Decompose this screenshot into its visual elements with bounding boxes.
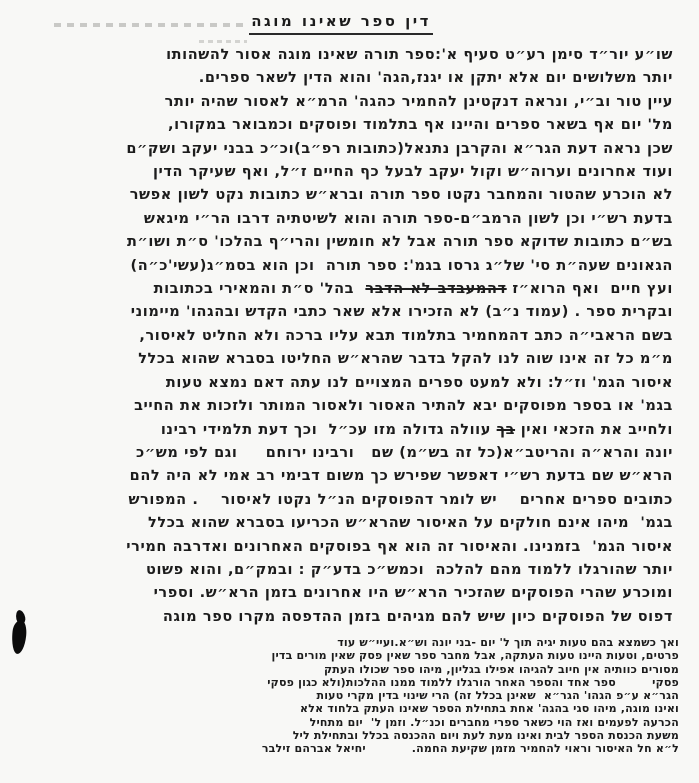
- text-line: בגמ' או בספר מפוסקים יבא להתיר האסור ולא…: [20, 395, 673, 418]
- text-segment: בדעת רש״י וכן לשון הרמב״ם-ספר תורה והוא …: [144, 211, 673, 227]
- text-segment: מסורים כוותיה אין חיוב להגיהו אפילו בגלי…: [324, 663, 679, 676]
- text-segment: בשם הראבי״ה כתב דהמחמיר בתלמוד תבא עליו …: [139, 328, 673, 344]
- text-segment: שכן נראה דעת הגר״א והקרבן נתנאל(כתובות ר…: [126, 141, 673, 157]
- text-segment: בגמ' או בספר מפוסקים יבא להתיר האסור ולא…: [134, 398, 673, 414]
- text-line: מ״מ כל זה אינו שוה לנו להקל בדבר שהרא״ש …: [20, 348, 673, 371]
- text-segment: מ״מ כל זה אינו שוה לנו להקל בדבר שהרא״ש …: [138, 351, 673, 367]
- text-segment: פסקי ספר אחד והספר האחר הורגלו ללמוד ממנ…: [267, 676, 679, 689]
- text-segment: מל' יום אף בשאר ספרים והיינו אף בתלמוד ו…: [168, 117, 673, 133]
- text-line: ובקרית ספר . (עמוד נ״ב) לא הזכירו אלא שא…: [20, 301, 673, 324]
- text-line: כתובים ספרים אחרים יש לומר דהפוסקים הנ״ל…: [20, 489, 673, 512]
- text-line: הגאונים שעה״ת סי' של״ג גרסו בגמ': ספר תו…: [20, 255, 673, 278]
- text-line: פסקי ספר אחד והספר האחר הורגלו ללמוד ממנ…: [6, 676, 679, 689]
- text-segment: ובקרית ספר . (עמוד נ״ב) לא הזכירו אלא שא…: [131, 304, 673, 320]
- text-segment: פרטים, וטעות היינו טעות העתקה, אבל מחבר …: [272, 649, 679, 662]
- text-line: עיין טור וב״י, ונראה דנקטינן להחמיר כהגה…: [20, 91, 673, 114]
- text-segment: ועוד אחרונים וערוה״ש וקול יעקב לבעל כף ה…: [153, 164, 673, 180]
- text-line: יותר שהורגלו ללמוד מהם להלכה וכמש״כ בדע״…: [20, 559, 673, 582]
- text-segment: יותר משלושים יום אלא יתקן או יגנז,הגה' ו…: [199, 70, 673, 86]
- text-segment: בהל' ס״ת והמאירי בכתובות: [154, 281, 366, 297]
- text-line: ל״א חל האיסור וראוי להחמיר מזמן שקיעת הח…: [6, 742, 679, 755]
- text-segment: שו״ע יור״ד סימן רע״ט סעיף א':ספר תורה שא…: [166, 47, 673, 63]
- text-line: מסורים כוותיה אין חיוב להגיהו אפילו בגלי…: [6, 663, 679, 676]
- text-line: יותר משלושים יום אלא יתקן או יגנז,הגה' ו…: [20, 67, 673, 90]
- text-line: יונה והרא״ה והריטב״א(כל זה בש״מ) שם ורבי…: [20, 442, 673, 465]
- text-line: שכן נראה דעת הגר״א והקרבן נתנאל(כתובות ר…: [20, 138, 673, 161]
- signature: יחיאל אברהם זילבר: [262, 742, 366, 755]
- text-segment: איסור הגמ' וז״ל: ולא למעט ספרים המצויים …: [166, 375, 673, 391]
- document-page: דין ספר שאינו מוגה שו״ע יור״ד סימן רע״ט …: [0, 0, 699, 783]
- text-segment: עיין טור וב״י, ונראה דנקטינן להחמיר כהגה…: [165, 94, 673, 110]
- text-segment: ואינו מוגה, מיהו סגי בהגה' אחת בתחילת הס…: [300, 702, 679, 715]
- text-segment: ל״א חל האיסור וראוי להחמיר מזמן שקיעת הח…: [412, 742, 679, 755]
- text-line: ואינו מוגה, מיהו סגי בהגה' אחת בתחילת הס…: [6, 702, 679, 715]
- text-line: ולחייב את הזכאי ואין בך עוולה גדולה מזו …: [20, 419, 673, 442]
- text-line: ועוד אחרונים וערוה״ש וקול יעקב לבעל כף ה…: [20, 161, 673, 184]
- text-segment: הכרעה לפעמים ואז הוי כשאר ספרי מחברים וכ…: [310, 716, 679, 729]
- text-segment: בש״ם כתובות שדוקא ספר תורה אבל לא חומשין…: [127, 234, 673, 250]
- text-line: בשם הראבי״ה כתב דהמחמיר בתלמוד תבא עליו …: [20, 325, 673, 348]
- text-segment: ומוכרע שהרי הפוסקים שהזכיר הרא״ש היו אחר…: [154, 585, 673, 601]
- text-segment: הרא״ש שם בדעת רש״י דאפשר שפירש כך משום ד…: [130, 468, 673, 484]
- main-text-block: שו״ע יור״ד סימן רע״ט סעיף א':ספר תורה שא…: [20, 44, 673, 629]
- text-segment: יותר שהורגלו ללמוד מהם להלכה וכמש״כ בדע״…: [146, 562, 673, 578]
- text-segment: הגאונים שעה״ת סי' של״ג גרסו בגמ': ספר תו…: [131, 258, 673, 274]
- text-line: איסור הגמ' בזמנינו. והאיסור זה הוא אף בפ…: [20, 536, 673, 559]
- text-line: בש״ם כתובות שדוקא ספר תורה אבל לא חומשין…: [20, 231, 673, 254]
- footnote-text-block: ואך כשמצא בהם טעות יגיה תוך ל' יום -בני …: [6, 636, 679, 756]
- text-segment: איסור הגמ' בזמנינו. והאיסור זה הוא אף בפ…: [126, 539, 673, 555]
- text-segment: משעת הכנסת הספר לבית ואינו מעת לעת ויום …: [293, 729, 679, 742]
- ink-blot-bottom: [10, 619, 27, 654]
- ink-blot: [10, 610, 28, 656]
- text-line: הרא״ש שם בדעת רש״י דאפשר שפירש כך משום ד…: [20, 465, 673, 488]
- text-line: פרטים, וטעות היינו טעות העתקה, אבל מחבר …: [6, 649, 679, 662]
- text-line: בגמ' מיהו אינם חולקים על האיסור שהרא״ש ה…: [20, 512, 673, 535]
- text-line: ועץ חיים ואף הרוא״ז דהמעבדב-לא-הדבר בהל'…: [20, 278, 673, 301]
- text-segment: כתובים ספרים אחרים יש לומר דהפוסקים הנ״ל…: [128, 492, 673, 508]
- text-line: הכרעה לפעמים ואז הוי כשאר ספרי מחברים וכ…: [6, 716, 679, 729]
- text-segment: ואך כשמצא בהם טעות יגיה תוך ל' יום -בני …: [337, 636, 679, 649]
- text-segment: בגמ' מיהו אינם חולקים על האיסור שהרא״ש ה…: [148, 515, 673, 531]
- text-line: ואך כשמצא בהם טעות יגיה תוך ל' יום -בני …: [6, 636, 679, 649]
- struck-text: בך: [497, 422, 515, 438]
- text-segment: הגר״א ע״פ הגהו' הגר״א שאינן בכלל זה) הרי…: [316, 689, 679, 702]
- text-segment: ועץ חיים ואף הרוא״ז: [507, 281, 673, 297]
- text-line: דפוס של הפוסקים כיון שיש להם מגיהים בזמן…: [20, 606, 673, 629]
- text-line: לא הוכרע שהטור והמחבר נקטו ספר תורה וברא…: [20, 184, 673, 207]
- text-line: ומוכרע שהרי הפוסקים שהזכיר הרא״ש היו אחר…: [20, 582, 673, 605]
- text-segment: דפוס של הפוסקים כיון שיש להם מגיהים בזמן…: [163, 609, 673, 625]
- text-segment: לא הוכרע שהטור והמחבר נקטו ספר תורה וברא…: [130, 187, 673, 203]
- struck-text: דהמעבדב-לא-הדבר: [365, 281, 506, 297]
- scan-artifact: [54, 23, 249, 27]
- text-line: מל' יום אף בשאר ספרים והיינו אף בתלמוד ו…: [20, 114, 673, 137]
- text-line: שו״ע יור״ד סימן רע״ט סעיף א':ספר תורה שא…: [20, 44, 673, 67]
- page-title: דין ספר שאינו מוגה: [249, 12, 433, 35]
- text-line: בדעת רש״י וכן לשון הרמב״ם-ספר תורה והוא …: [20, 208, 673, 231]
- text-line: משעת הכנסת הספר לבית ואינו מעת לעת ויום …: [6, 729, 679, 742]
- text-segment: ולחייב את הזכאי ואין: [515, 422, 673, 438]
- text-line: הגר״א ע״פ הגהו' הגר״א שאינן בכלל זה) הרי…: [6, 689, 679, 702]
- text-segment: יונה והרא״ה והריטב״א(כל זה בש״מ) שם ורבי…: [136, 445, 673, 461]
- text-segment: עוולה גדולה מזו עכ״ל וכך דעת תלמידי רבינ…: [161, 422, 497, 438]
- scan-artifact: [199, 40, 247, 43]
- text-line: איסור הגמ' וז״ל: ולא למעט ספרים המצויים …: [20, 372, 673, 395]
